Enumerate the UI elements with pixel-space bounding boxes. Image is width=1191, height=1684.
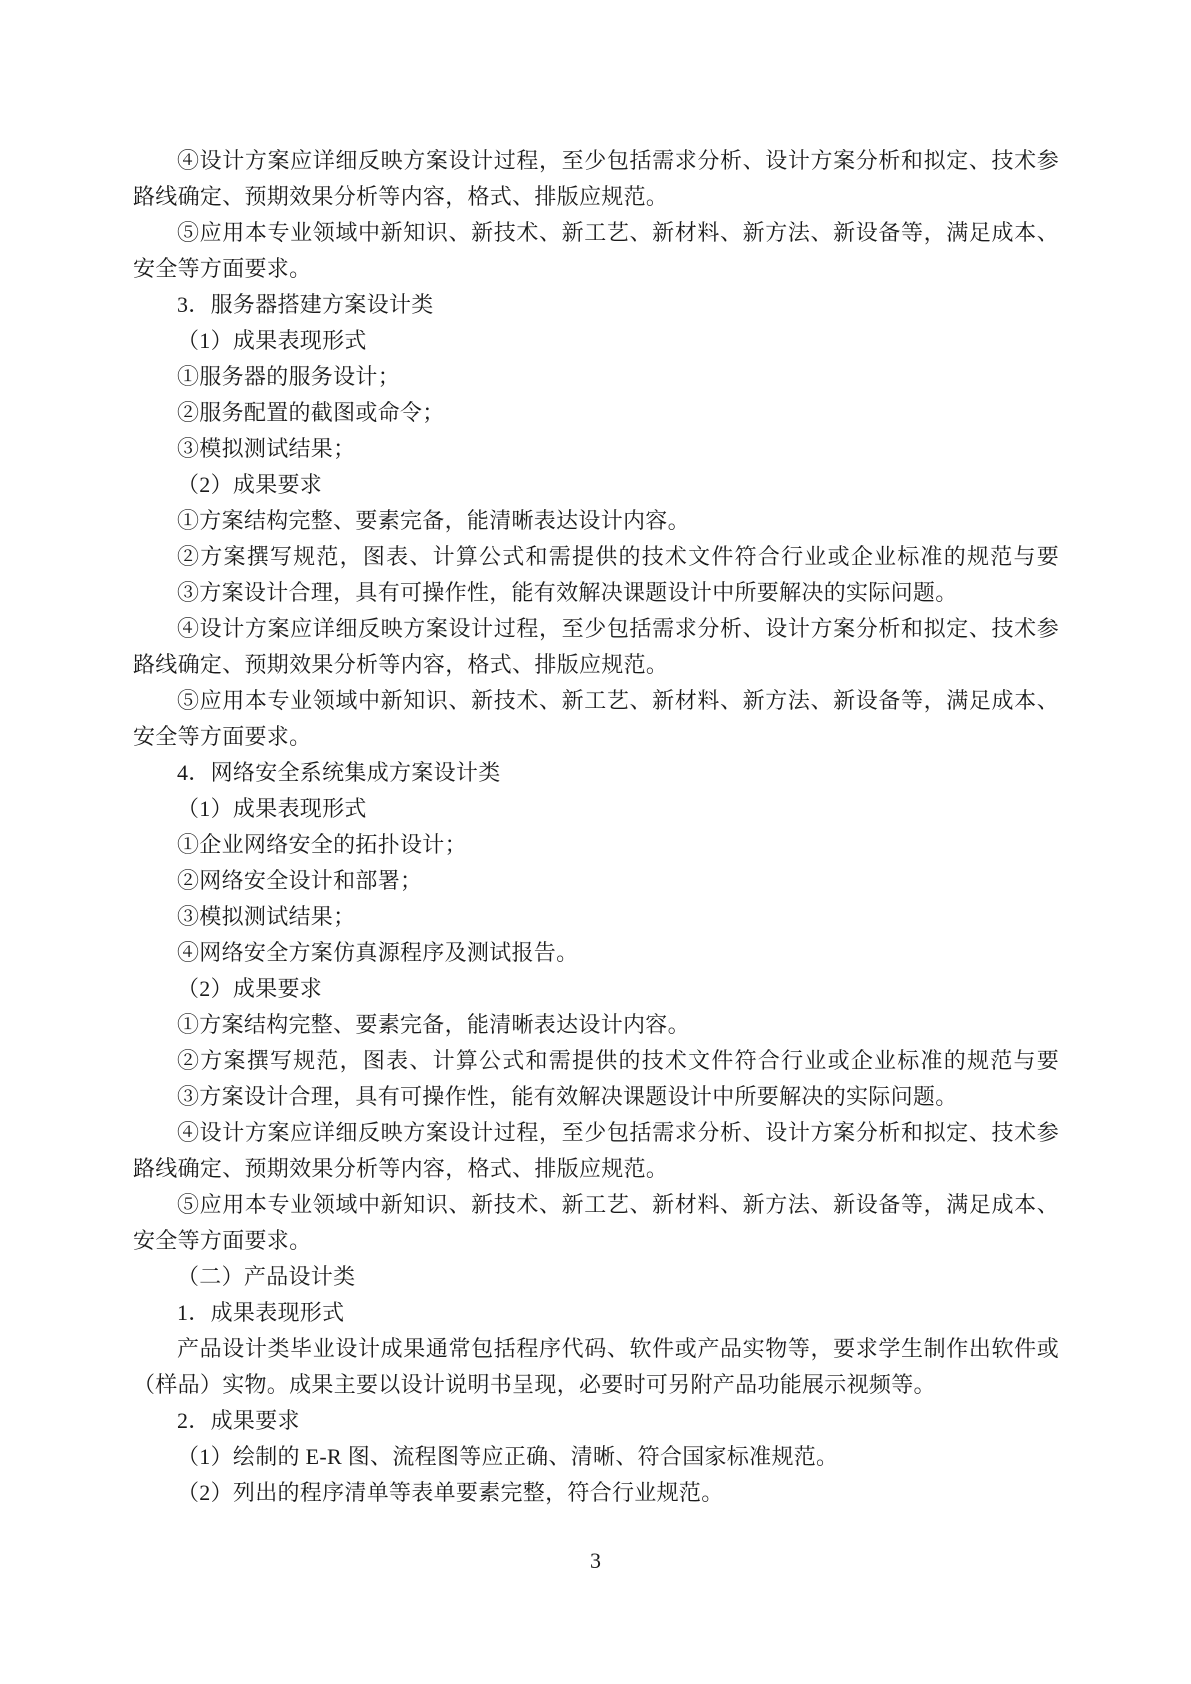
text-line: （1）绘制的 E-R 图、流程图等应正确、清晰、符合国家标准规范。: [133, 1439, 1059, 1475]
text-line: ④设计方案应详细反映方案设计过程，至少包括需求分析、设计方案分析和拟定、技术参数…: [133, 611, 1059, 647]
text-line: ③模拟测试结果；: [133, 431, 1059, 467]
text-line: （2）列出的程序清单等表单要素完整，符合行业规范。: [133, 1475, 1059, 1511]
text-line: （1）成果表现形式: [133, 323, 1059, 359]
text-line: ①企业网络安全的拓扑设计；: [133, 827, 1059, 863]
document-body: ④设计方案应详细反映方案设计过程，至少包括需求分析、设计方案分析和拟定、技术参数…: [133, 143, 1059, 1511]
text-line: ⑤应用本专业领域中新知识、新技术、新工艺、新材料、新方法、新设备等，满足成本、环…: [133, 1187, 1059, 1223]
text-line: ①服务器的服务设计；: [133, 359, 1059, 395]
text-line: ③方案设计合理，具有可操作性，能有效解决课题设计中所要解决的实际问题。: [133, 575, 1059, 611]
text-line: 路线确定、预期效果分析等内容，格式、排版应规范。: [133, 179, 1059, 215]
text-line: 2．成果要求: [133, 1403, 1059, 1439]
text-line: 4．网络安全系统集成方案设计类: [133, 755, 1059, 791]
text-line: ⑤应用本专业领域中新知识、新技术、新工艺、新材料、新方法、新设备等，满足成本、环…: [133, 683, 1059, 719]
page-number: 3: [0, 1545, 1191, 1577]
text-line: ③模拟测试结果；: [133, 899, 1059, 935]
text-line: （二）产品设计类: [133, 1259, 1059, 1295]
text-line: ③方案设计合理，具有可操作性，能有效解决课题设计中所要解决的实际问题。: [133, 1079, 1059, 1115]
text-line: （2）成果要求: [133, 971, 1059, 1007]
text-line: （样品）实物。成果主要以设计说明书呈现，必要时可另附产品功能展示视频等。: [133, 1367, 1059, 1403]
text-line: ②方案撰写规范，图表、计算公式和需提供的技术文件符合行业或企业标准的规范与要求。: [133, 539, 1059, 575]
text-line: （1）成果表现形式: [133, 791, 1059, 827]
text-line: 1．成果表现形式: [133, 1295, 1059, 1331]
text-line: ④设计方案应详细反映方案设计过程，至少包括需求分析、设计方案分析和拟定、技术参数…: [133, 1115, 1059, 1151]
text-line: ①方案结构完整、要素完备，能清晰表达设计内容。: [133, 503, 1059, 539]
text-line: ④设计方案应详细反映方案设计过程，至少包括需求分析、设计方案分析和拟定、技术参数…: [133, 143, 1059, 179]
text-line: 路线确定、预期效果分析等内容，格式、排版应规范。: [133, 647, 1059, 683]
text-line: 路线确定、预期效果分析等内容，格式、排版应规范。: [133, 1151, 1059, 1187]
text-line: 产品设计类毕业设计成果通常包括程序代码、软件或产品实物等，要求学生制作出软件或产…: [133, 1331, 1059, 1367]
text-line: ⑤应用本专业领域中新知识、新技术、新工艺、新材料、新方法、新设备等，满足成本、环…: [133, 215, 1059, 251]
text-line: ②网络安全设计和部署；: [133, 863, 1059, 899]
document-page: ④设计方案应详细反映方案设计过程，至少包括需求分析、设计方案分析和拟定、技术参数…: [0, 0, 1191, 1684]
text-line: 安全等方面要求。: [133, 1223, 1059, 1259]
text-line: 3．服务器搭建方案设计类: [133, 287, 1059, 323]
text-line: 安全等方面要求。: [133, 719, 1059, 755]
text-line: ②服务配置的截图或命令；: [133, 395, 1059, 431]
text-line: ②方案撰写规范，图表、计算公式和需提供的技术文件符合行业或企业标准的规范与要求。: [133, 1043, 1059, 1079]
text-line: （2）成果要求: [133, 467, 1059, 503]
text-line: 安全等方面要求。: [133, 251, 1059, 287]
text-line: ①方案结构完整、要素完备，能清晰表达设计内容。: [133, 1007, 1059, 1043]
text-line: ④网络安全方案仿真源程序及测试报告。: [133, 935, 1059, 971]
